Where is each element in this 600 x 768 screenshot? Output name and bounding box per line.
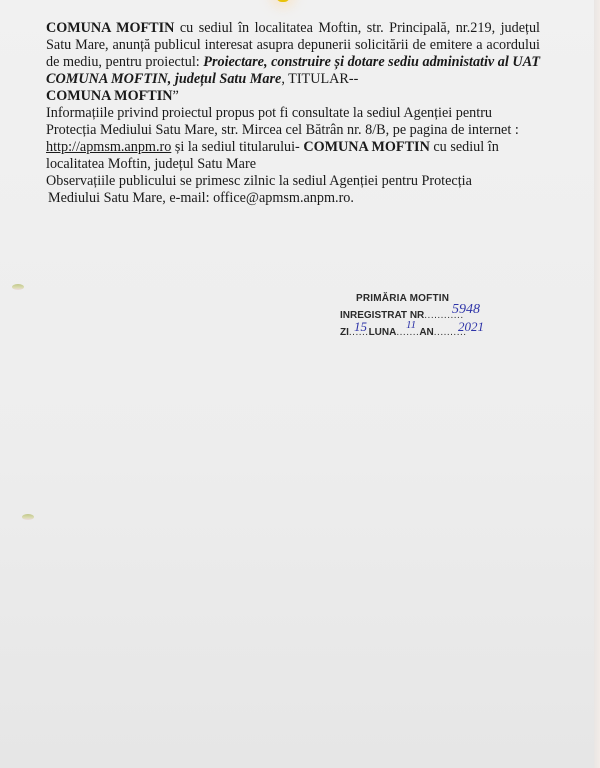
registration-stamp: PRIMĂRIA MOFTIN INREGISTRAT NR..........… xyxy=(340,290,500,341)
holder-name: COMUNA MOFTIN xyxy=(303,139,430,155)
observations-line-1: Observațiile publicului se primesc zilni… xyxy=(46,173,472,189)
year-handwritten: 2021 xyxy=(458,318,484,335)
information-text: Informațiile privind proiectul propus po… xyxy=(46,105,519,138)
observations-line-2: Mediului Satu Mare, e-mail: office@apmsm… xyxy=(46,190,354,206)
website-link[interactable]: http://apmsm.anpm.ro xyxy=(46,139,171,155)
closing-quote: ” xyxy=(173,88,179,104)
page-edge xyxy=(594,0,600,768)
information-text-mid: și la sediul titularului- xyxy=(171,139,303,155)
paragraph-information: Informațiile privind proiectul propus po… xyxy=(46,105,540,173)
project-holder: COMUNA MOFTIN xyxy=(46,88,173,104)
registration-date-row: ZI......LUNA.......AN.......... 15 11 20… xyxy=(340,324,500,341)
announcement-text-tail: , TITULAR-- xyxy=(281,71,358,87)
month-handwritten: 11 xyxy=(406,317,416,334)
punch-hole-mark xyxy=(22,514,34,520)
punch-hole-mark xyxy=(12,284,24,290)
day-label: ZI xyxy=(340,327,349,338)
announcement-body: COMUNA MOFTIN cu sediul în localitatea M… xyxy=(46,20,540,207)
day-handwritten: 15 xyxy=(354,318,367,335)
paragraph-observations: Observațiile publicului se primesc zilni… xyxy=(46,173,540,207)
registration-number-handwritten: 5948 xyxy=(452,301,480,318)
month-label: LUNA xyxy=(369,327,397,338)
organization-name: COMUNA MOFTIN xyxy=(46,20,174,36)
paragraph-announcement: COMUNA MOFTIN cu sediul în localitatea M… xyxy=(46,20,540,105)
year-label: AN xyxy=(419,327,433,338)
